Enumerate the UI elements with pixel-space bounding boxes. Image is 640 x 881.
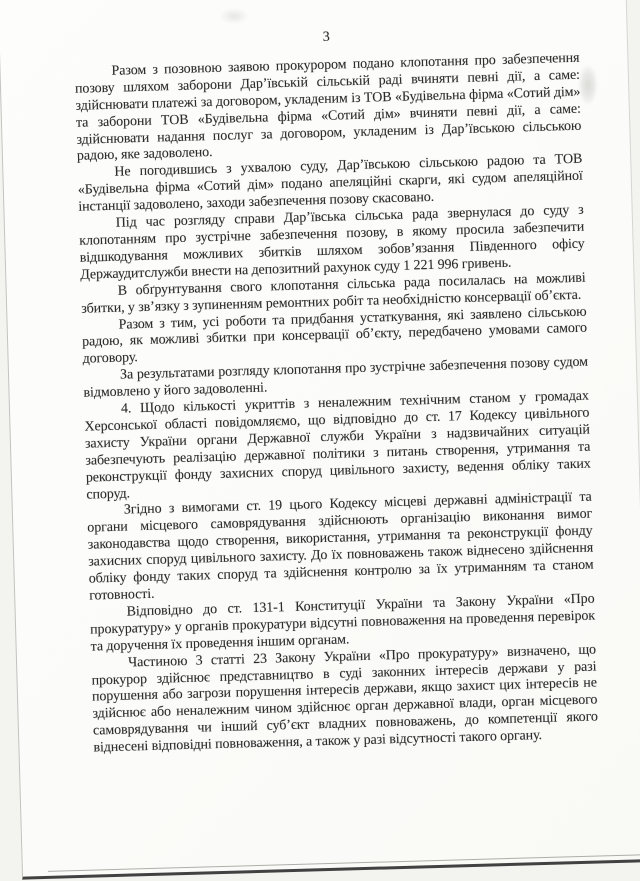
paragraph: Разом з позовною заявою прокурором подан… <box>74 51 582 166</box>
scanned-page-sheet: 3 Разом з позовною заявою прокурором под… <box>0 0 640 880</box>
page-bottom-edge-shadow <box>48 854 640 872</box>
paragraph: Згідно з вимогами ст. 19 цього Кодексу м… <box>87 490 595 605</box>
paragraph: Частиною 3 статті 23 Закону України «Про… <box>91 642 599 757</box>
page-content: 3 Разом з позовною заявою прокурором под… <box>0 0 640 760</box>
paragraph: 4. Щодо кількості укриттів з неналежним … <box>84 389 592 504</box>
page-number: 3 <box>74 23 579 54</box>
scanned-document-viewport: { "page": { "number": "3", "paragraphs":… <box>0 0 640 881</box>
